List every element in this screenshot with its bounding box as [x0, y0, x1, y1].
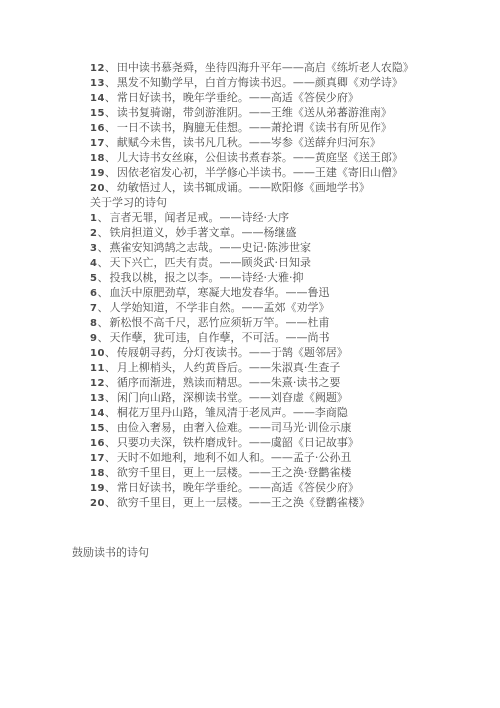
- item-number: 13: [90, 393, 105, 404]
- list-item: 12、田中读书慕尧舜，坐待四海升平年——高启《练圻老人农隐》: [90, 60, 490, 75]
- enumeration-comma: 、: [97, 286, 108, 299]
- list-item: 10、传屐朝寻药，分灯夜读书。——于鹄《题邻居》: [90, 345, 490, 360]
- list-item: 3、燕雀安知鸿鹄之志哉。——史记·陈涉世家: [90, 240, 490, 255]
- item-number: 18: [90, 468, 105, 479]
- item-text: 欲穷千里目，更上一层楼。——王之涣《登鹳雀楼》: [117, 496, 370, 509]
- enumeration-comma: 、: [97, 301, 108, 314]
- item-text: 由俭入奢易，由奢入俭难。——司马光·训俭示康: [117, 421, 352, 434]
- list-item: 20、欲穷千里目，更上一层楼。——王之涣《登鹳雀楼》: [90, 495, 490, 510]
- enumeration-comma: 、: [105, 466, 116, 479]
- section-heading-learning: 关于学习的诗句: [90, 195, 490, 210]
- enumeration-comma: 、: [105, 91, 116, 104]
- enumeration-comma: 、: [105, 391, 116, 404]
- item-text: 闲门向山路，深柳读书堂。——刘昚虚《阙题》: [117, 391, 348, 404]
- list-item: 17、天时不如地利，地利不如人和。——孟子·公孙丑: [90, 450, 490, 465]
- enumeration-comma: 、: [105, 346, 116, 359]
- item-number: 17: [90, 453, 105, 464]
- list-item: 2、铁肩担道义，妙手著文章。——杨继盛: [90, 225, 490, 240]
- item-number: 18: [90, 153, 105, 164]
- enumeration-comma: 、: [97, 316, 108, 329]
- enumeration-comma: 、: [97, 331, 108, 344]
- enumeration-comma: 、: [105, 106, 116, 119]
- item-text: 桐花万里丹山路，雏凤清于老凤声。——李商隐: [117, 406, 348, 419]
- item-text: 血沃中原肥劲草，寒凝大地发春华。——鲁迅: [109, 286, 329, 299]
- item-number: 15: [90, 423, 105, 434]
- item-text: 只要功夫深，铁杵磨成针。——虞韶《日记故事》: [117, 436, 359, 449]
- item-text: 新松恨不高千尺，恶竹应须斩万竿。——杜甫: [109, 316, 329, 329]
- item-number: 20: [90, 498, 105, 509]
- enumeration-comma: 、: [105, 136, 116, 149]
- item-text: 循序而渐进，熟读而精思。——朱熹·读书之要: [117, 376, 341, 389]
- enumeration-comma: 、: [97, 241, 108, 254]
- list-item: 13、黑发不知勤学早，白首方悔读书迟。——颜真卿《劝学诗》: [90, 75, 490, 90]
- item-number: 19: [90, 483, 105, 494]
- document-page: 12、田中读书慕尧舜，坐待四海升平年——高启《练圻老人农隐》 13、黑发不知勤学…: [0, 0, 500, 708]
- item-number: 14: [90, 93, 105, 104]
- item-text: 天下兴亡，匹夫有责。——顾炎武·日知录: [109, 256, 311, 269]
- item-text: 因依老宿发心初，半学修心半读书。——王建《寄旧山僧》: [117, 166, 403, 179]
- item-text: 献赋今未售，读书凡几秋。——岑参《送薛弁归河东》: [117, 136, 381, 149]
- item-text: 燕雀安知鸿鹄之志哉。——史记·陈涉世家: [109, 241, 311, 254]
- item-text: 天时不如地利，地利不如人和。——孟子·公孙丑: [117, 451, 352, 464]
- list-item: 17、献赋今未售，读书凡几秋。——岑参《送薛弁归河东》: [90, 135, 490, 150]
- list-item: 16、只要功夫深，铁杵磨成针。——虞韶《日记故事》: [90, 435, 490, 450]
- item-text: 幼敏悟过人，读书辄成诵。——欧阳修《画地学书》: [117, 181, 370, 194]
- learning-poems-list: 1、言者无罪，闻者足戒。——诗经·大序 2、铁肩担道义，妙手著文章。——杨继盛 …: [90, 210, 490, 510]
- enumeration-comma: 、: [105, 166, 116, 179]
- enumeration-comma: 、: [97, 211, 108, 224]
- list-item: 7、人学始知道，不学非自然。——孟郊《劝学》: [90, 300, 490, 315]
- enumeration-comma: 、: [105, 181, 116, 194]
- item-text: 一日不读书，胸臆无佳想。——萧抡谓《读书有所见作》: [117, 121, 392, 134]
- item-number: 15: [90, 108, 105, 119]
- item-text: 人学始知道，不学非自然。——孟郊《劝学》: [109, 301, 329, 314]
- item-number: 12: [90, 63, 105, 74]
- list-item: 8、新松恨不高千尺，恶竹应须斩万竿。——杜甫: [90, 315, 490, 330]
- list-item: 19、因依老宿发心初，半学修心半读书。——王建《寄旧山僧》: [90, 165, 490, 180]
- enumeration-comma: 、: [105, 496, 116, 509]
- enumeration-comma: 、: [97, 226, 108, 239]
- reading-poems-list: 12、田中读书慕尧舜，坐待四海升平年——高启《练圻老人农隐》 13、黑发不知勤学…: [90, 60, 490, 195]
- enumeration-comma: 、: [105, 421, 116, 434]
- list-item: 18、儿大诗书女丝麻，公但读书煮春茶。——黄庭坚《送王郎》: [90, 150, 490, 165]
- item-text: 黑发不知勤学早，白首方悔读书迟。——颜真卿《劝学诗》: [117, 76, 403, 89]
- list-item: 9、天作孽，犹可违，自作孽，不可活。——尚书: [90, 330, 490, 345]
- item-number: 10: [90, 348, 105, 359]
- enumeration-comma: 、: [105, 376, 116, 389]
- list-item: 6、血沃中原肥劲草，寒凝大地发春华。——鲁迅: [90, 285, 490, 300]
- item-number: 14: [90, 408, 105, 419]
- item-text: 天作孽，犹可违，自作孽，不可活。——尚书: [109, 331, 329, 344]
- enumeration-comma: 、: [105, 406, 116, 419]
- enumeration-comma: 、: [105, 76, 116, 89]
- item-text: 田中读书慕尧舜，坐待四海升平年——高启《练圻老人农隐》: [117, 61, 414, 74]
- poem-text-block: 12、田中读书慕尧舜，坐待四海升平年——高启《练圻老人农隐》 13、黑发不知勤学…: [90, 60, 490, 510]
- item-number: 16: [90, 123, 105, 134]
- list-item: 13、闲门向山路，深柳读书堂。——刘昚虚《阙题》: [90, 390, 490, 405]
- list-item: 15、由俭入奢易，由奢入俭难。——司马光·训俭示康: [90, 420, 490, 435]
- item-text: 儿大诗书女丝麻，公但读书煮春茶。——黄庭坚《送王郎》: [117, 151, 403, 164]
- list-item: 19、常日好读书，晚年学垂纶。——高适《答侯少府》: [90, 480, 490, 495]
- enumeration-comma: 、: [105, 121, 116, 134]
- list-item: 20、幼敏悟过人，读书辄成诵。——欧阳修《画地学书》: [90, 180, 490, 195]
- enumeration-comma: 、: [97, 256, 108, 269]
- list-item: 12、循序而渐进，熟读而精思。——朱熹·读书之要: [90, 375, 490, 390]
- item-number: 16: [90, 438, 105, 449]
- list-item: 5、投我以桃，报之以李。——诗经·大雅·抑: [90, 270, 490, 285]
- item-text: 月上柳梢头，人约黄昏后。——朱淑真·生查子: [117, 361, 341, 374]
- item-number: 13: [90, 78, 105, 89]
- item-text: 常日好读书，晚年学垂纶。——高适《答侯少府》: [117, 91, 359, 104]
- list-item: 11、月上柳梢头，人约黄昏后。——朱淑真·生查子: [90, 360, 490, 375]
- enumeration-comma: 、: [105, 151, 116, 164]
- enumeration-comma: 、: [105, 361, 116, 374]
- item-number: 12: [90, 378, 105, 389]
- item-text: 言者无罪，闻者足戒。——诗经·大序: [109, 211, 289, 224]
- enumeration-comma: 、: [105, 61, 116, 74]
- list-item: 16、一日不读书，胸臆无佳想。——萧抡谓《读书有所见作》: [90, 120, 490, 135]
- list-item: 18、欲穷千里目，更上一层楼。——王之涣·登鹳雀楼: [90, 465, 490, 480]
- list-item: 15、读书复骑谢，带剑游淮阴。——王维《送从弟蕃游淮南》: [90, 105, 490, 120]
- list-item: 1、言者无罪，闻者足戒。——诗经·大序: [90, 210, 490, 225]
- section-heading-encourage: 鼓励读书的诗句: [72, 545, 149, 560]
- item-number: 19: [90, 168, 105, 179]
- enumeration-comma: 、: [105, 451, 116, 464]
- item-text: 传屐朝寻药，分灯夜读书。——于鹄《题邻居》: [117, 346, 348, 359]
- item-text: 欲穷千里目，更上一层楼。——王之涣·登鹳雀楼: [117, 466, 352, 479]
- item-text: 投我以桃，报之以李。——诗经·大雅·抑: [109, 271, 303, 284]
- enumeration-comma: 、: [105, 481, 116, 494]
- list-item: 4、天下兴亡，匹夫有责。——顾炎武·日知录: [90, 255, 490, 270]
- enumeration-comma: 、: [105, 436, 116, 449]
- item-text: 常日好读书，晚年学垂纶。——高适《答侯少府》: [117, 481, 359, 494]
- enumeration-comma: 、: [97, 271, 108, 284]
- item-number: 20: [90, 183, 105, 194]
- item-number: 17: [90, 138, 105, 149]
- list-item: 14、常日好读书，晚年学垂纶。——高适《答侯少府》: [90, 90, 490, 105]
- list-item: 14、桐花万里丹山路，雏凤清于老凤声。——李商隐: [90, 405, 490, 420]
- item-number: 11: [90, 363, 105, 374]
- item-text: 铁肩担道义，妙手著文章。——杨继盛: [109, 226, 296, 239]
- item-text: 读书复骑谢，带剑游淮阴。——王维《送从弟蕃游淮南》: [117, 106, 392, 119]
